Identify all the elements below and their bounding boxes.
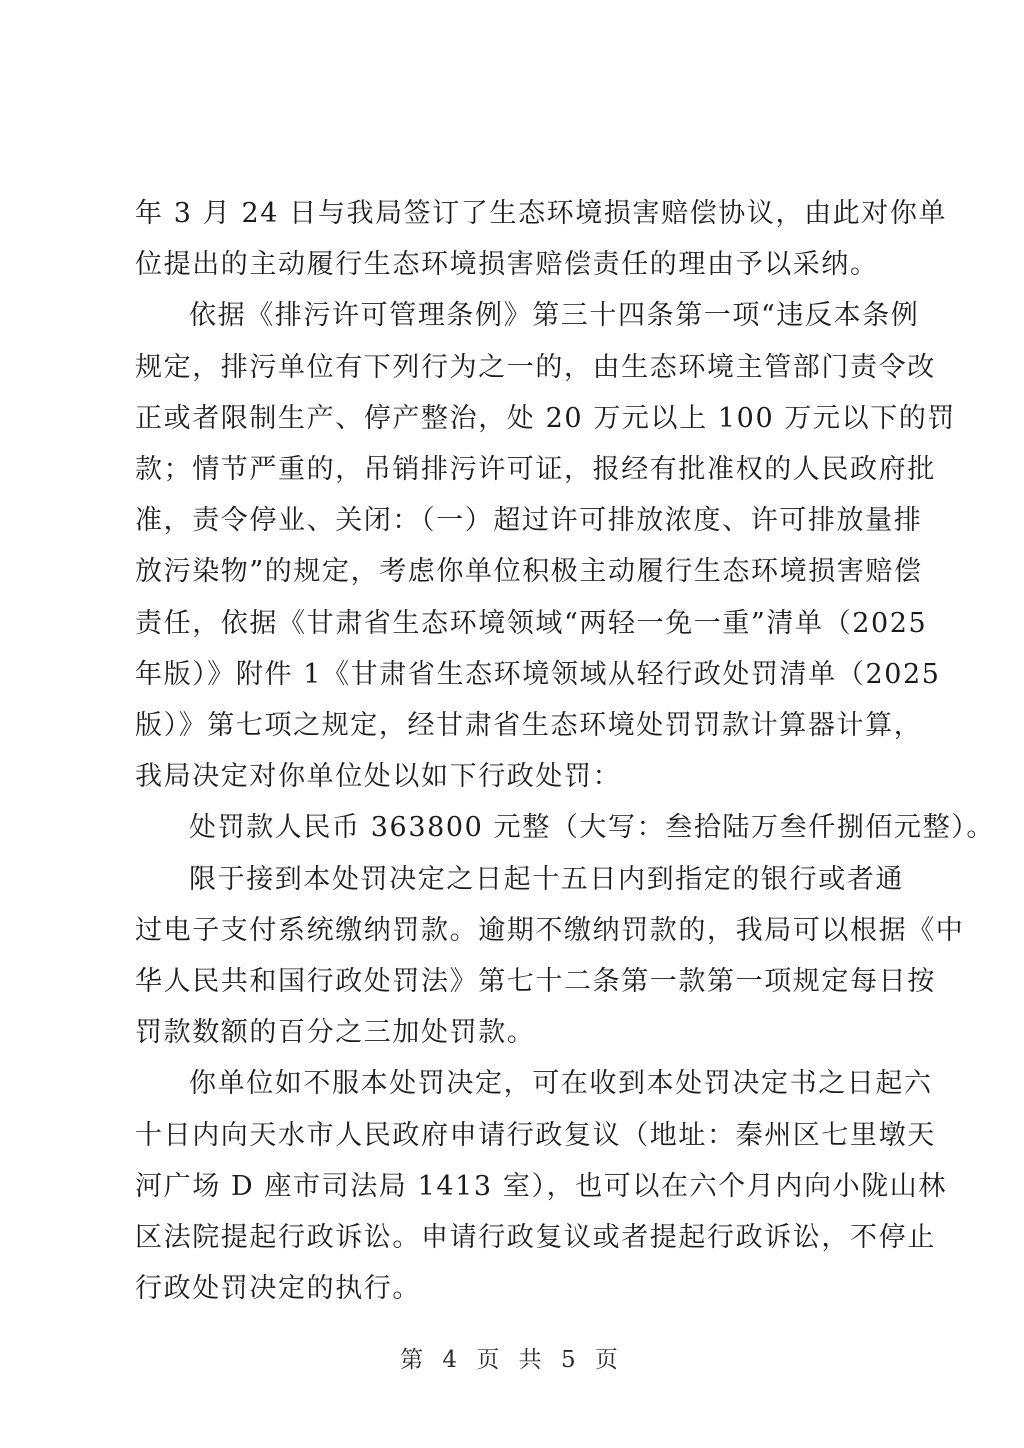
text-line: 罚款数额的百分之三加处罚款。 [135, 1007, 895, 1058]
text-line: 华人民共和国行政处罚法》第七十二条第一款第一项规定每日按 [135, 956, 895, 1007]
text-line: 行政处罚决定的执行。 [135, 1263, 895, 1314]
penalty-amount-line: 处罚款人民币 363800 元整（大写：叁拾陆万叁仟捌佰元整）。 [135, 802, 895, 853]
text-line: 依据《排污许可管理条例》第三十四条第一项“违反本条例 [135, 290, 895, 341]
paragraph-legal-basis: 依据《排污许可管理条例》第三十四条第一项“违反本条例 规定，排污单位有下列行为之… [135, 290, 895, 802]
text-line: 规定，排污单位有下列行为之一的，由生态环境主管部门责令改 [135, 342, 895, 393]
text-line: 区法院提起行政诉讼。申请行政复议或者提起行政诉讼，不停止 [135, 1212, 895, 1263]
text-line: 年 3 月 24 日与我局签订了生态环境损害赔偿协议，由此对你单 [135, 188, 895, 239]
text-line: 年版）》附件 1《甘肃省生态环境领域从轻行政处罚清单（2025 [135, 649, 895, 700]
text-line: 正或者限制生产、停产整治，处 20 万元以上 100 万元以下的罚 [135, 393, 895, 444]
text-line: 版）》第七项之规定，经甘肃省生态环境处罚罚款计算器计算， [135, 700, 895, 751]
paragraph-agreement-acceptance: 年 3 月 24 日与我局签订了生态环境损害赔偿协议，由此对你单 位提出的主动履… [135, 188, 895, 290]
paragraph-penalty-amount: 处罚款人民币 363800 元整（大写：叁拾陆万叁仟捌佰元整）。 [135, 802, 895, 853]
page-number-footer: 第 4 页 共 5 页 [0, 1341, 1024, 1374]
text-line: 十日内向天水市人民政府申请行政复议（地址：秦州区七里墩天 [135, 1110, 895, 1161]
text-line: 准，责令停业、关闭：（一）超过许可排放浓度、许可排放量排 [135, 495, 895, 546]
paragraph-appeal-rights: 你单位如不服本处罚决定，可在收到本处罚决定书之日起六 十日内向天水市人民政府申请… [135, 1058, 895, 1314]
text-line: 位提出的主动履行生态环境损害赔偿责任的理由予以采纳。 [135, 239, 895, 290]
document-page: 年 3 月 24 日与我局签订了生态环境损害赔偿协议，由此对你单 位提出的主动履… [0, 0, 1024, 1448]
text-line: 责任，依据《甘肃省生态环境领域“两轻一免一重”清单（2025 [135, 598, 895, 649]
text-line: 你单位如不服本处罚决定，可在收到本处罚决定书之日起六 [135, 1058, 895, 1109]
text-line: 放污染物”的规定，考虑你单位积极主动履行生态环境损害赔偿 [135, 546, 895, 597]
paragraph-payment-deadline: 限于接到本处罚决定之日起十五日内到指定的银行或者通 过电子支付系统缴纳罚款。逾期… [135, 854, 895, 1059]
text-line: 限于接到本处罚决定之日起十五日内到指定的银行或者通 [135, 854, 895, 905]
text-line: 我局决定对你单位处以如下行政处罚： [135, 751, 895, 802]
document-body: 年 3 月 24 日与我局签订了生态环境损害赔偿协议，由此对你单 位提出的主动履… [135, 188, 895, 1314]
text-line: 河广场 D 座市司法局 1413 室），也可以在六个月内向小陇山林 [135, 1161, 895, 1212]
text-line: 过电子支付系统缴纳罚款。逾期不缴纳罚款的，我局可以根据《中 [135, 905, 895, 956]
text-line: 款；情节严重的，吊销排污许可证，报经有批准权的人民政府批 [135, 444, 895, 495]
